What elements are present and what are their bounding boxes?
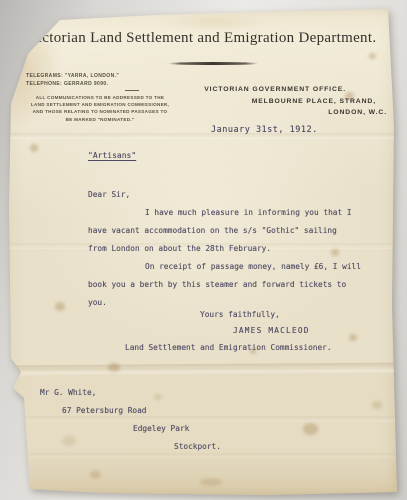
body-line: from London on about the 28th February. bbox=[88, 240, 370, 258]
foxing-stain bbox=[200, 478, 222, 486]
foxing-stain bbox=[369, 53, 376, 59]
letter-paper: Victorian Land Settlement and Emigration… bbox=[4, 6, 400, 496]
telegrams-line: TELEGRAMS: "YARRA, LONDON." bbox=[26, 72, 119, 80]
recipient-line: Edgeley Park bbox=[133, 420, 221, 438]
foxing-stain bbox=[349, 334, 357, 341]
communications-notice: ALL COMMUNICATIONS TO BE ADDRESSED TO TH… bbox=[24, 94, 176, 123]
foxing-stain bbox=[372, 401, 382, 409]
foxing-stain bbox=[108, 363, 120, 373]
office-line: VICTORIAN GOVERNMENT OFFICE. bbox=[204, 84, 346, 96]
notice-line: ALL COMMUNICATIONS TO BE ADDRESSED TO TH… bbox=[24, 94, 176, 101]
letter-body: I have much pleasure in informing you th… bbox=[88, 204, 370, 312]
scanned-letter-wrapper: Victorian Land Settlement and Emigration… bbox=[0, 0, 407, 500]
letter-reference: "Artisans" bbox=[88, 151, 136, 161]
signature-title: Land Settlement and Emigration Commissio… bbox=[125, 343, 332, 353]
telephone-line: TELEPHONE: GERRARD 9090. bbox=[26, 80, 119, 88]
body-line: I have much pleasure in informing you th… bbox=[88, 204, 370, 222]
recipient-line: Mr G. White, bbox=[40, 384, 221, 402]
body-line: book you a berth by this steamer and for… bbox=[88, 276, 370, 294]
notice-line: AND THOSE RELATING TO NOMINATED PASSAGES… bbox=[24, 108, 176, 115]
foxing-stain bbox=[90, 470, 101, 479]
contact-divider bbox=[125, 90, 139, 91]
office-address-block: VICTORIAN GOVERNMENT OFFICE. MELBOURNE P… bbox=[204, 84, 387, 119]
closing-phrase: Yours faithfully, bbox=[200, 310, 280, 320]
body-line: On receipt of passage money, namely £6, … bbox=[88, 258, 370, 276]
contact-block: TELEGRAMS: "YARRA, LONDON." TELEPHONE: G… bbox=[26, 72, 119, 88]
recipient-address-block: Mr G. White, 67 Petersburg Road Edgeley … bbox=[40, 384, 221, 456]
signature-name: JAMES MACLEOD bbox=[233, 326, 310, 336]
notice-line: LAND SETTLEMENT AND EMIGRATION COMMISSIO… bbox=[24, 101, 176, 108]
letter-date: January 31st, 1912. bbox=[211, 125, 318, 135]
letterhead-rule bbox=[168, 62, 258, 65]
letterhead-title: Victorian Land Settlement and Emigration… bbox=[4, 30, 400, 47]
office-line: MELBOURNE PLACE, STRAND, bbox=[252, 96, 376, 108]
office-line: LONDON, W.C. bbox=[328, 107, 387, 119]
recipient-line: Stockport. bbox=[174, 438, 221, 456]
fold-crease bbox=[4, 133, 400, 139]
body-line: have vacant accommodation on the s/s "Go… bbox=[88, 222, 370, 240]
salutation: Dear Sir, bbox=[88, 190, 130, 200]
fold-crease bbox=[4, 363, 400, 377]
recipient-line: 67 Petersburg Road bbox=[62, 402, 221, 420]
notice-line: BE MARKED "NOMINATED." bbox=[24, 116, 176, 123]
foxing-stain bbox=[30, 144, 38, 152]
foxing-stain bbox=[303, 423, 318, 435]
foxing-stain bbox=[55, 302, 65, 311]
